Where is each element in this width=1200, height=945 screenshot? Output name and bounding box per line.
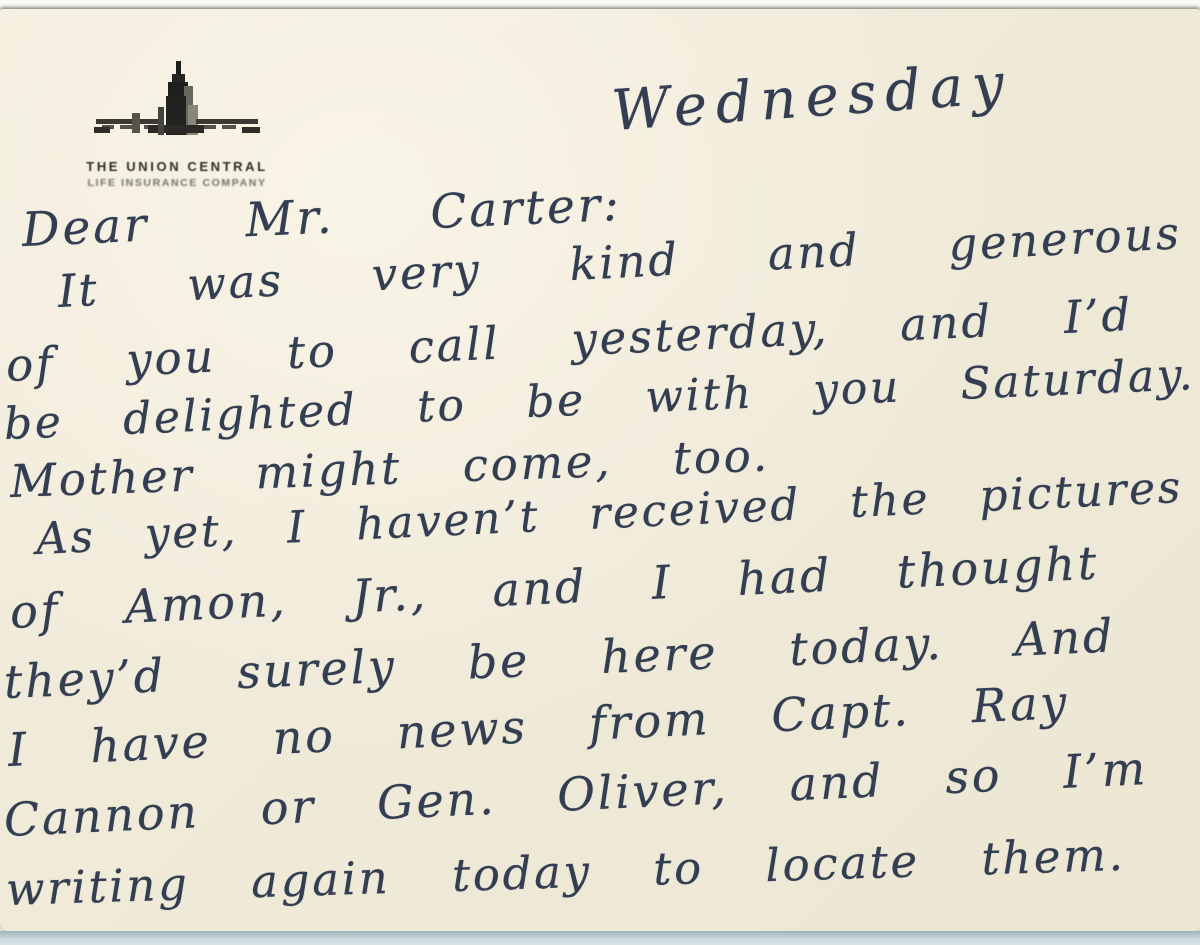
letterhead-company-subtitle: LIFE INSURANCE COMPANY bbox=[82, 177, 272, 189]
union-central-building-icon bbox=[92, 61, 262, 157]
date-line: Wednesday bbox=[610, 49, 1043, 144]
scan-edge-shadow bbox=[0, 931, 1200, 945]
letter-page: THE UNION CENTRAL LIFE INSURANCE COMPANY… bbox=[0, 9, 1200, 931]
letterhead-company-name: THE UNION CENTRAL bbox=[82, 159, 272, 174]
handwritten-line: writing again today to locate them. bbox=[5, 828, 1126, 916]
letterhead: THE UNION CENTRAL LIFE INSURANCE COMPANY bbox=[82, 61, 272, 189]
